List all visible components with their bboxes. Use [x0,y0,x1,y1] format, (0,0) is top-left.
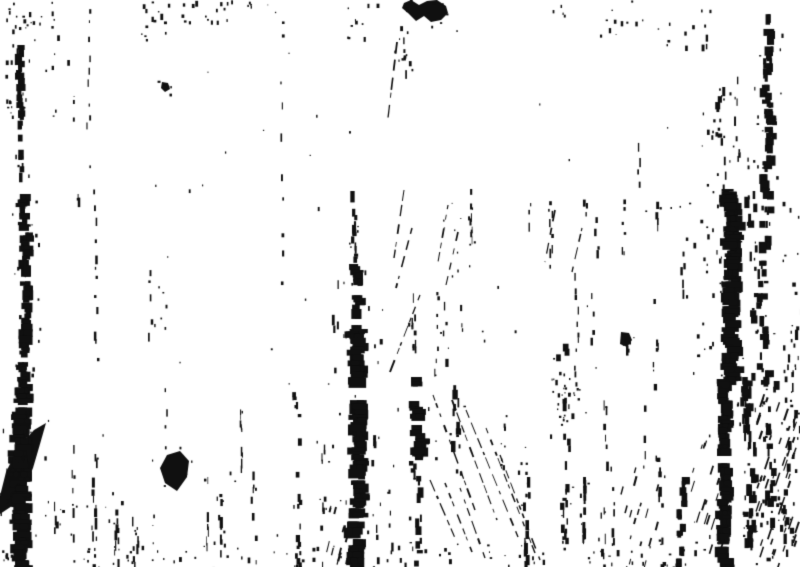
texture-canvas [0,0,800,567]
grunge-texture-image [0,0,800,567]
